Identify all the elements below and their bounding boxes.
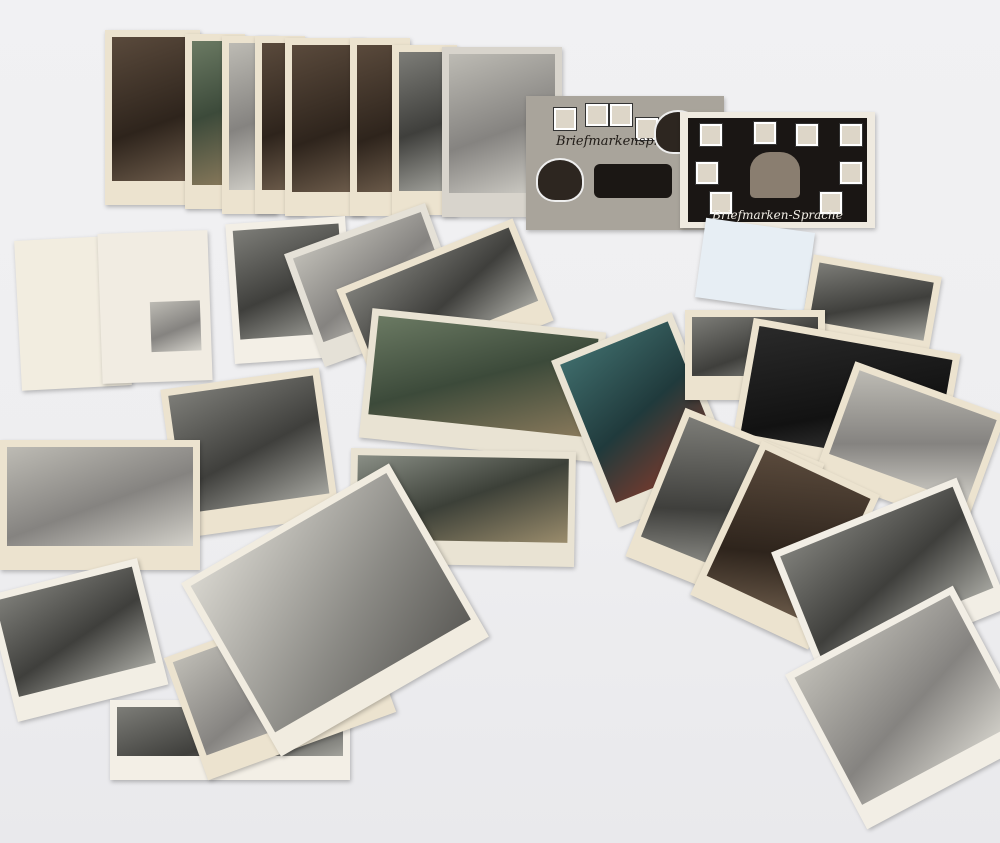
postcard-church	[0, 440, 200, 570]
heart-icon	[536, 158, 584, 202]
postcard-collection-photo: Briefmarkensprache Briefmarken-Sprache	[0, 0, 1000, 843]
postcard-image	[292, 45, 358, 192]
postcard-image	[112, 37, 193, 181]
postcard	[695, 218, 815, 313]
postcard	[97, 230, 212, 384]
postcard-soldiers-bw	[0, 558, 168, 722]
postcard-briefmarken-sprache: Briefmarken-Sprache	[680, 112, 875, 228]
